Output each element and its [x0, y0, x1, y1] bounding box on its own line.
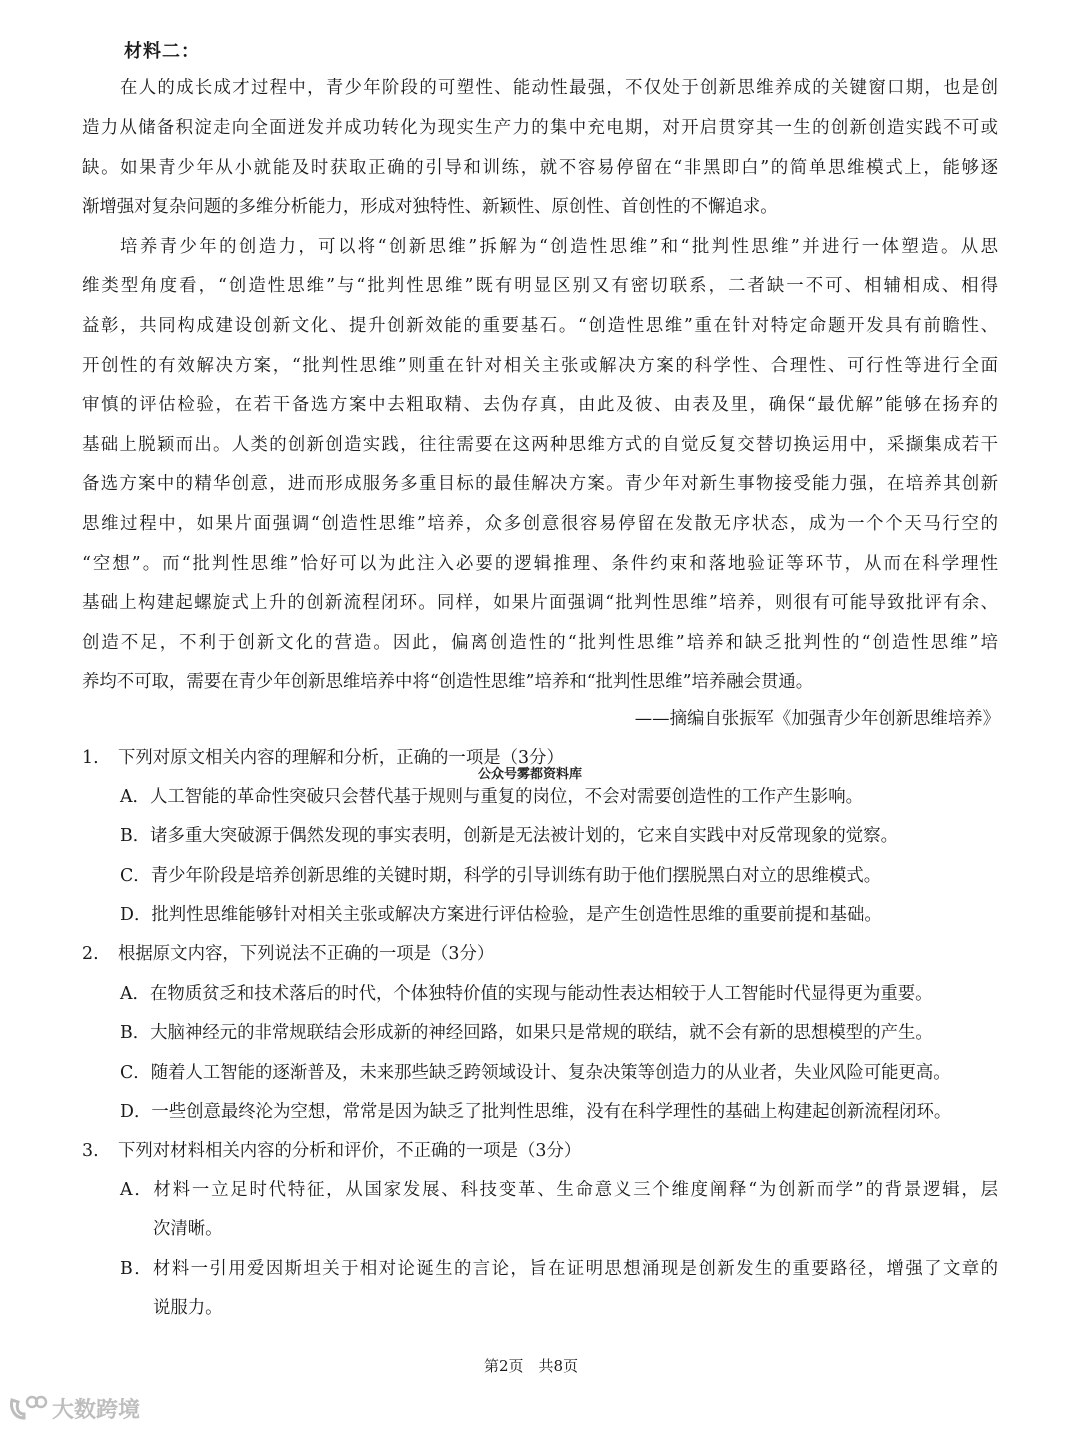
question-2-option-b: B．大脑神经元的非常规联结会形成新的神经回路，如果只是常规的联结，就不会有新的思… — [120, 1018, 933, 1043]
question-number: 2. — [82, 944, 118, 964]
exam-page: 材料二： 在人的成长成才过程中，青少年阶段的可塑性、能动性最强，不仅处于创新思维… — [0, 0, 1080, 1430]
paragraph-2-line: 维类型角度看，“创造性思维”与“批判性思维”既有明显区别又有密切联系，二者缺一不… — [82, 275, 998, 297]
question-2-option-c: C．随着人工智能的逐渐普及，未来那些缺乏跨领域设计、复杂决策等创造力的从业者，失… — [120, 1058, 951, 1083]
page-number: 第2页 共8页 — [484, 1355, 578, 1376]
question-number: 3. — [82, 1141, 118, 1161]
question-1-option-c: C．青少年阶段是培养创新思维的关键时期，科学的引导训练有助于他们摆脱黑白对立的思… — [120, 861, 881, 886]
brand-logo-icon — [8, 1394, 48, 1422]
paragraph-2-line: 审慎的评估检验，在若干备选方案中去粗取精、去伪存真，由此及彼、由表及里，确保“最… — [82, 394, 998, 416]
question-number: 1. — [82, 748, 118, 768]
watermark-text: 公众号雾都资料库 — [478, 763, 582, 782]
question-3-stem: 3.下列对材料相关内容的分析和评价，不正确的一项是（3分） — [82, 1136, 581, 1161]
paragraph-2-line: 培养青少年的创造力，可以将“创新思维”拆解为“创造性思维”和“批判性思维”并进行… — [120, 236, 998, 258]
paragraph-1-line: 渐增强对复杂问题的多维分析能力，形成对独特性、新颖性、原创性、首创性的不懈追求。 — [82, 196, 998, 218]
paragraph-1-line: 造力从储备积淀走向全面迸发并成功转化为现实生产力的集中充电期，对开启贯穿其一生的… — [82, 117, 998, 139]
question-2-stem: 2.根据原文内容，下列说法不正确的一项是（3分） — [82, 939, 494, 964]
source-citation: ——摘编自张振军《加强青少年创新思维培养》 — [635, 704, 1000, 729]
corner-watermark: 大数跨境 — [8, 1393, 140, 1423]
question-1-option-d: D．批判性思维能够针对相关主张或解决方案进行评估检验，是产生创造性思维的重要前提… — [120, 900, 882, 925]
paragraph-2-line: 备选方案中的精华创意，进而形成服务多重目标的最佳解决方案。青少年对新生事物接受能… — [82, 473, 998, 495]
paragraph-2-line: “空想”。而“批判性思维”恰好可以为此注入必要的逻辑推理、条件约束和落地验证等环… — [82, 553, 998, 575]
question-3-option-a: A．材料一立足时代特征，从国家发展、科技变革、生命意义三个维度阐释“为创新而学”… — [120, 1175, 998, 1200]
question-2-option-d: D．一些创意最终沦为空想，常常是因为缺乏了批判性思维，没有在科学理性的基础上构建… — [120, 1097, 951, 1122]
brand-name: 大数跨境 — [52, 1393, 140, 1424]
paragraph-2-line: 益彰，共同构成建设创新文化、提升创新效能的重要基石。“创造性思维”重在针对特定命… — [82, 315, 998, 337]
question-1-option-b: B．诸多重大突破源于偶然发现的事实表明，创新是无法被计划的，它来自实践中对反常现… — [120, 821, 898, 846]
paragraph-2-line: 开创性的有效解决方案，“批判性思维”则重在针对相关主张或解决方案的科学性、合理性… — [82, 355, 998, 377]
question-1-option-a: A．人工智能的革命性突破只会替代基于规则与重复的岗位，不会对需要创造性的工作产生… — [120, 782, 863, 807]
question-text: 根据原文内容，下列说法不正确的一项是（3分） — [118, 944, 494, 964]
paragraph-2-line: 基础上脱颖而出。人类的创新创造实践，往往需要在这两种思维方式的自觉反复交替切换运… — [82, 434, 998, 456]
paragraph-1-line: 缺。如果青少年从小就能及时获取正确的引导和训练，就不容易停留在“非黑即白”的简单… — [82, 157, 998, 179]
question-3-option-b: B．材料一引用爱因斯坦关于相对论诞生的言论，旨在证明思想涌现是创新发生的重要路径… — [120, 1254, 998, 1279]
paragraph-1-line: 在人的成长成才过程中，青少年阶段的可塑性、能动性最强，不仅处于创新思维养成的关键… — [120, 77, 998, 99]
question-3-option-a-continued: 次清晰。 — [153, 1214, 223, 1239]
question-text: 下列对材料相关内容的分析和评价，不正确的一项是（3分） — [118, 1141, 581, 1161]
question-2-option-a: A．在物质贫乏和技术落后的时代，个体独特价值的实现与能动性表达相较于人工智能时代… — [120, 979, 933, 1004]
material-title: 材料二： — [124, 37, 200, 63]
paragraph-2-line: 养均不可取，需要在青少年创新思维培养中将“创造性思维”培养和“批判性思维”培养融… — [82, 671, 998, 693]
question-3-option-b-continued: 说服力。 — [153, 1293, 223, 1318]
paragraph-2-line: 创造不足，不利于创新文化的营造。因此，偏离创造性的“批判性思维”培养和缺乏批判性… — [82, 632, 998, 654]
paragraph-2-line: 基础上构建起螺旋式上升的创新流程闭环。同样，如果片面强调“批判性思维”培养，则很… — [82, 592, 998, 614]
paragraph-2-line: 思维过程中，如果片面强调“创造性思维”培养，众多创意很容易停留在发散无序状态，成… — [82, 513, 998, 535]
